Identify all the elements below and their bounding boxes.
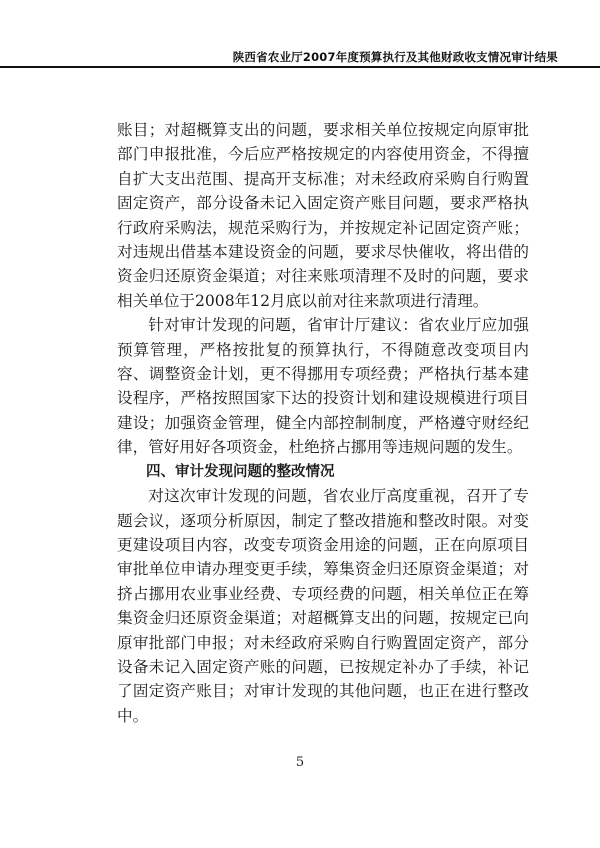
paragraph-rectification: 对这次审计发现的问题，省农业厅高度重视，召开了专题会议，逐项分析原因，制定了整改… — [117, 484, 529, 728]
section-heading: 四、审计发现问题的整改情况 — [117, 460, 529, 484]
paragraph-recommendations: 针对审计发现的问题，省审计厅建议：省农业厅应加强预算管理，严格按批复的预算执行，… — [117, 313, 529, 459]
document-body: 账目；对超概算支出的问题，要求相关单位按规定向原审批部门申报批准，今后应严格按规… — [117, 118, 529, 728]
header-rule — [0, 66, 600, 68]
paragraph-continued: 账目；对超概算支出的问题，要求相关单位按规定向原审批部门申报批准，今后应严格按规… — [117, 118, 529, 313]
running-header-title: 陕西省农业厅2007年度预算执行及其他财政收支情况审计结果 — [233, 49, 558, 65]
page-number: 5 — [0, 755, 600, 770]
